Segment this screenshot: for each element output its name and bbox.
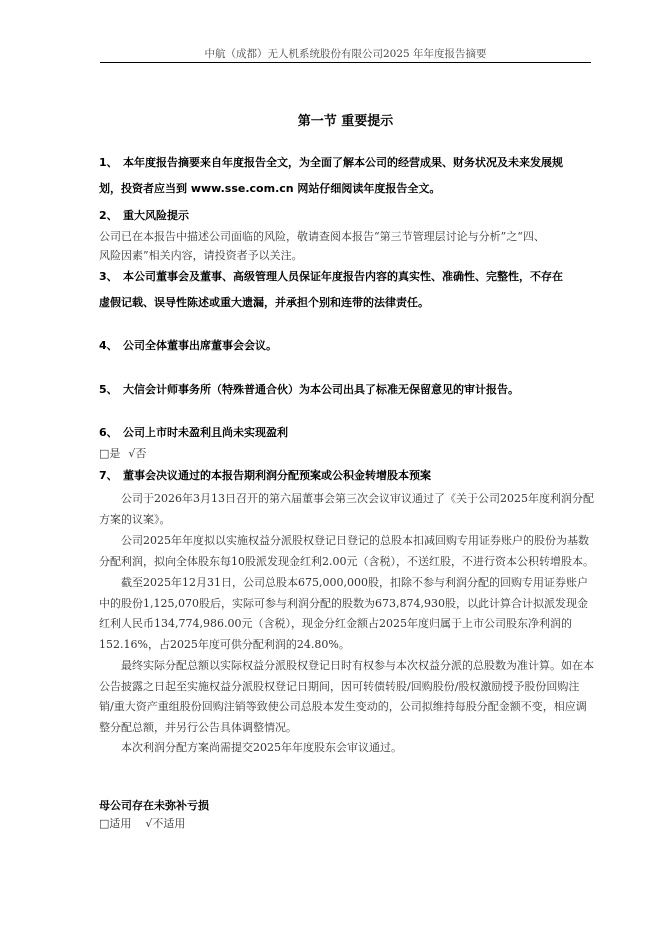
item-text: 大信会计师事务所（特殊普通合伙）为本公司出具了标准无保留意见的审计报告。: [123, 383, 519, 396]
item-text: 本公司董事会及董事、高级管理人员保证年度报告内容的真实性、准确性、完整性，不存在: [123, 270, 563, 283]
item-number: 7、: [99, 464, 123, 488]
item-1: 1、本年度报告摘要来自年度报告全文，为全面了解本公司的经营成果、财务状况及未来发…: [99, 150, 594, 202]
paragraph-share-capital: 截至2025年12月31日，公司总股本675,000,000股，扣除不参与利润分…: [99, 573, 594, 655]
paragraph-shareholder-approval: 本次利润分配方案尚需提交2025年年度股东会审议通过。: [99, 738, 594, 759]
item-number: 6、: [99, 422, 123, 444]
document-page: 中航（成都）无人机系统股份有限公司2025 年年度报告摘要 第一节 重要提示 1…: [0, 0, 662, 936]
item-number: 4、: [99, 333, 123, 359]
item-number: 2、: [99, 205, 123, 227]
option-no-checked: √否: [128, 447, 146, 460]
section-title: 第一节 重要提示: [100, 110, 591, 129]
paragraph-distribution-plan: 公司2025年年度拟以实施权益分派股权登记日登记的总股本扣减回购专用证券账户的股…: [99, 531, 594, 572]
paragraph-final-distribution: 最终实际分配总额以实际权益分派股权登记日时有权参与本次权益分派的总股数为准计算。…: [99, 656, 594, 738]
header-divider: [100, 62, 591, 63]
applicable-options: □适用√不适用: [99, 815, 594, 833]
item-text-cont: 划，投资者应当到 www.sse.com.cn 网站仔细阅读年度报告全文。: [99, 176, 594, 202]
item-number: 5、: [99, 377, 123, 403]
item-title: 公司上市时未盈利且尚未实现盈利: [123, 426, 288, 439]
item-2: 2、重大风险提示 公司已在本报告中描述公司面临的风险，敬请查阅本报告“第三节管理…: [99, 205, 594, 265]
item-3: 3、本公司董事会及董事、高级管理人员保证年度报告内容的真实性、准确性、完整性，不…: [99, 264, 594, 316]
running-header: 中航（成都）无人机系统股份有限公司2025 年年度报告摘要: [100, 46, 591, 61]
item-number: 3、: [99, 264, 123, 290]
item-4: 4、公司全体董事出席董事会会议。: [99, 333, 594, 359]
item-body: 公司已在本报告中描述公司面临的风险，敬请查阅本报告“第三节管理层讨论与分析”之“…: [99, 227, 594, 246]
uncovered-loss-section: 母公司存在未弥补亏损 □适用√不适用: [99, 797, 594, 833]
item-text: 公司全体董事出席董事会会议。: [123, 339, 277, 352]
item-body-cont: 风险因素”相关内容，请投资者予以关注。: [99, 246, 594, 265]
option-not-applicable-checked: √不适用: [145, 817, 185, 830]
item-title: 重大风险提示: [123, 209, 189, 222]
item-6: 6、公司上市时未盈利且尚未实现盈利 □是√否: [99, 422, 594, 464]
yes-no-options: □是√否: [99, 444, 594, 464]
item-title: 董事会决议通过的本报告期利润分配预案或公积金转增股本预案: [123, 469, 431, 482]
item-7: 7、董事会决议通过的本报告期利润分配预案或公积金转增股本预案 公司于2026年3…: [99, 464, 594, 759]
item-number: 1、: [99, 150, 123, 176]
item-5: 5、大信会计师事务所（特殊普通合伙）为本公司出具了标准无保留意见的审计报告。: [99, 377, 594, 403]
option-yes-unchecked: □是: [99, 447, 120, 460]
paragraph-board-meeting: 公司于2026年3月13日召开的第六届董事会第三次会议审议通过了《关于公司202…: [99, 489, 594, 530]
item-text: 本年度报告摘要来自年度报告全文，为全面了解本公司的经营成果、财务状况及未来发展规: [123, 156, 563, 169]
uncovered-loss-title: 母公司存在未弥补亏损: [99, 797, 594, 815]
option-applicable-unchecked: □适用: [99, 817, 131, 830]
item-text-cont: 虚假记载、误导性陈述或重大遗漏，并承担个别和连带的法律责任。: [99, 290, 594, 316]
